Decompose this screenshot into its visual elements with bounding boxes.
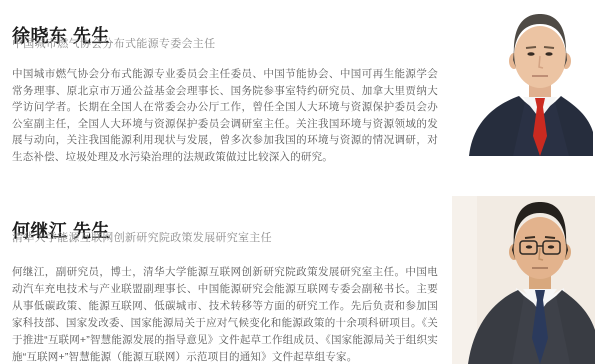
speaker-bio-xu-xiaodong: 中国城市燃气协会分布式能源专业委员会主任委员、中国节能协会、中国可再生能源学会常…	[12, 66, 438, 165]
portrait-photo-xu-xiaodong	[455, 6, 593, 156]
speaker-bios-page: 徐晓东 先生 中国城市燃气协会分布式能源专委会主任 中国城市燃气协会分布式能源专…	[0, 0, 600, 364]
speaker-title-xu-xiaodong: 中国城市燃气协会分布式能源专委会主任	[12, 35, 215, 51]
speaker-bio-he-jijiang: 何继江，副研究员，博士，清华大学能源互联网创新研究院政策发展研究室主任。中国电动…	[12, 264, 438, 364]
speaker-title-he-jijiang: 清华大学能源互联网创新研究院政策发展研究室主任	[12, 229, 272, 245]
portrait-man-red-tie-illustration	[455, 6, 593, 156]
portrait-man-glasses-navy-tie-illustration	[452, 196, 595, 364]
portrait-photo-he-jijiang	[452, 196, 595, 364]
